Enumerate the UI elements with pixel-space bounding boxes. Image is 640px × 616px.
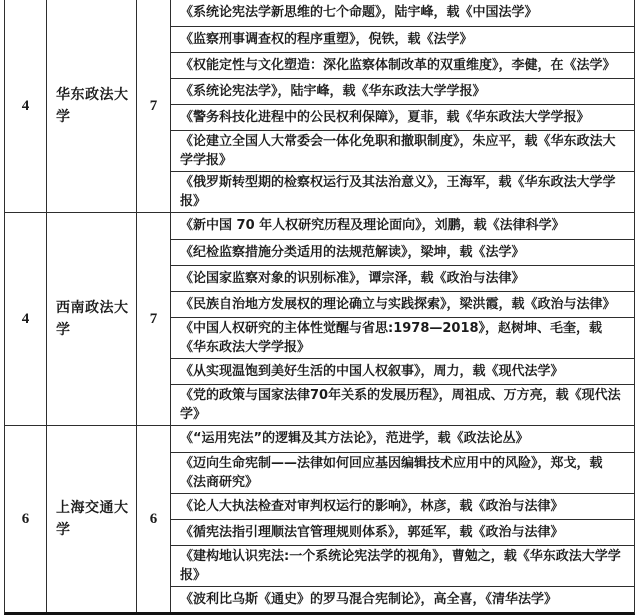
count-value: 6 [150, 511, 158, 528]
university-cell: 上海交通大学 [47, 426, 137, 612]
rank-cell: 6 [5, 426, 47, 612]
university-name: 西南政法大学 [56, 297, 129, 341]
article-text: 《循宪法指引理顺法官管理规则体系》，郭延军，载《政治与法律》 [180, 523, 624, 543]
article-row: 《权能定性与文化塑造：深化监察体制改革的双重维度》，李健，在《法学》 [171, 52, 634, 78]
article-text: 《建构地认识宪法:一个系统论宪法学的视角》，曹勉之，载《华东政法大学学报》 [180, 547, 624, 586]
article-row: 《纪检监察措施分类适用的法规范解读》，梁坤，载《法学》 [171, 239, 634, 265]
rank-value: 4 [22, 98, 30, 115]
article-row: 《波利比乌斯《通史》的罗马混合宪制论》，高全喜，《清华法学》 [171, 586, 634, 612]
article-text: 《俄罗斯转型期的检察权运行及其法治意义》，王海军，载《华东政法大学学报》 [180, 173, 624, 212]
count-value: 7 [150, 98, 158, 115]
row-group-xinan: 4 西南政法大学 7 《新中国 70 年人权研究历程及理论面向》，刘鹏，载《法律… [5, 212, 634, 425]
article-row: 《党的政策与国家法律70年关系的发展历程》，周祖成、万方亮，载《现代法学》 [171, 384, 634, 425]
article-row: 《系统论宪法学新思维的七个命题》，陆宇峰，载《中国法学》 [171, 0, 634, 26]
article-row: 《监察刑事调查权的程序重塑》，倪铁，载《法学》 [171, 26, 634, 52]
article-text: 《纪检监察措施分类适用的法规范解读》，梁坤，载《法学》 [180, 243, 624, 263]
article-row: 《迈向生命宪制——法律如何回应基因编辑技术应用中的风险》，郑戈，载《法商研究》 [171, 452, 634, 493]
article-text: 《党的政策与国家法律70年关系的发展历程》，周祖成、万方亮，载《现代法学》 [180, 386, 624, 425]
article-text: 《系统论宪法学》，陆宇峰，载《华东政法大学学报》 [180, 82, 624, 102]
university-ranking-table: 4 华东政法大学 7 《系统论宪法学新思维的七个命题》，陆宇峰，载《中国法学》《… [4, 0, 635, 615]
count-value: 7 [150, 311, 158, 328]
article-row: 《“运用宪法”的逻辑及其方法论》，范进学，载《政法论丛》 [171, 426, 634, 452]
row-group-shanghaijiaotong: 6 上海交通大学 6 《“运用宪法”的逻辑及其方法论》，范进学，载《政法论丛》《… [5, 425, 634, 612]
rank-value: 6 [22, 511, 30, 528]
count-cell: 7 [137, 213, 171, 425]
row-group-huadong: 4 华东政法大学 7 《系统论宪法学新思维的七个命题》，陆宇峰，载《中国法学》《… [5, 0, 634, 212]
article-row: 《论国家监察对象的识别标准》，谭宗泽，载《政治与法律》 [171, 265, 634, 291]
article-row: 《俄罗斯转型期的检察权运行及其法治意义》，王海军，载《华东政法大学学报》 [171, 171, 634, 212]
university-cell: 西南政法大学 [47, 213, 137, 425]
article-row: 《新中国 70 年人权研究历程及理论面向》，刘鹏，载《法律科学》 [171, 213, 634, 239]
rank-value: 4 [22, 311, 30, 328]
university-name: 华东政法大学 [56, 84, 129, 128]
article-text: 《民族自治地方发展权的理论确立与实践探索》，梁洪霞，载《政治与法律》 [180, 295, 624, 315]
articles-cell: 《系统论宪法学新思维的七个命题》，陆宇峰，载《中国法学》《监察刑事调查权的程序重… [171, 0, 634, 212]
article-text: 《中国人权研究的主体性觉醒与省思:1978—2018》，赵树坤、毛奎，载《华东政… [180, 319, 624, 358]
article-text: 《系统论宪法学新思维的七个命题》，陆宇峰，载《中国法学》 [180, 3, 624, 23]
article-text: 《新中国 70 年人权研究历程及理论面向》，刘鹏，载《法律科学》 [180, 216, 624, 236]
articles-cell: 《“运用宪法”的逻辑及其方法论》，范进学，载《政法论丛》《迈向生命宪制——法律如… [171, 426, 634, 612]
article-row: 《从实现温饱到美好生活的中国人权叙事》，周力，载《现代法学》 [171, 358, 634, 384]
article-text: 《监察刑事调查权的程序重塑》，倪铁，载《法学》 [180, 30, 624, 50]
article-text: 《论国家监察对象的识别标准》，谭宗泽，载《政治与法律》 [180, 269, 624, 289]
rank-cell: 4 [5, 213, 47, 425]
article-row: 《警务科技化进程中的公民权利保障》，夏菲，载《华东政法大学学报》 [171, 104, 634, 130]
articles-cell: 《新中国 70 年人权研究历程及理论面向》，刘鹏，载《法律科学》《纪检监察措施分… [171, 213, 634, 425]
article-text: 《“运用宪法”的逻辑及其方法论》，范进学，载《政法论丛》 [180, 429, 624, 449]
article-row: 《中国人权研究的主体性觉醒与省思:1978—2018》，赵树坤、毛奎，载《华东政… [171, 317, 634, 358]
article-row: 《论建立全国人大常委会一体化免职和撤职制度》，朱应平，载《华东政法大学学报》 [171, 130, 634, 171]
university-cell: 华东政法大学 [47, 0, 137, 212]
article-text: 《论建立全国人大常委会一体化免职和撤职制度》，朱应平，载《华东政法大学学报》 [180, 132, 624, 171]
count-cell: 7 [137, 0, 171, 212]
university-name: 上海交通大学 [56, 497, 129, 541]
document-page: 4 华东政法大学 7 《系统论宪法学新思维的七个命题》，陆宇峰，载《中国法学》《… [0, 0, 640, 616]
article-text: 《从实现温饱到美好生活的中国人权叙事》，周力，载《现代法学》 [180, 362, 624, 382]
article-row: 《建构地认识宪法:一个系统论宪法学的视角》，曹勉之，载《华东政法大学学报》 [171, 545, 634, 586]
count-cell: 6 [137, 426, 171, 612]
article-text: 《论人大执法检查对审判权运行的影响》，林彦，载《政治与法律》 [180, 497, 624, 517]
article-row: 《论人大执法检查对审判权运行的影响》，林彦，载《政治与法律》 [171, 493, 634, 519]
article-text: 《波利比乌斯《通史》的罗马混合宪制论》，高全喜，《清华法学》 [180, 590, 624, 610]
article-row: 《循宪法指引理顺法官管理规则体系》，郭延军，载《政治与法律》 [171, 519, 634, 545]
article-text: 《迈向生命宪制——法律如何回应基因编辑技术应用中的风险》，郑戈，载《法商研究》 [180, 454, 624, 493]
article-row: 《系统论宪法学》，陆宇峰，载《华东政法大学学报》 [171, 78, 634, 104]
article-row: 《民族自治地方发展权的理论确立与实践探索》，梁洪霞，载《政治与法律》 [171, 291, 634, 317]
article-text: 《权能定性与文化塑造：深化监察体制改革的双重维度》，李健，在《法学》 [180, 56, 624, 76]
article-text: 《警务科技化进程中的公民权利保障》，夏菲，载《华东政法大学学报》 [180, 108, 624, 128]
rank-cell: 4 [5, 0, 47, 212]
